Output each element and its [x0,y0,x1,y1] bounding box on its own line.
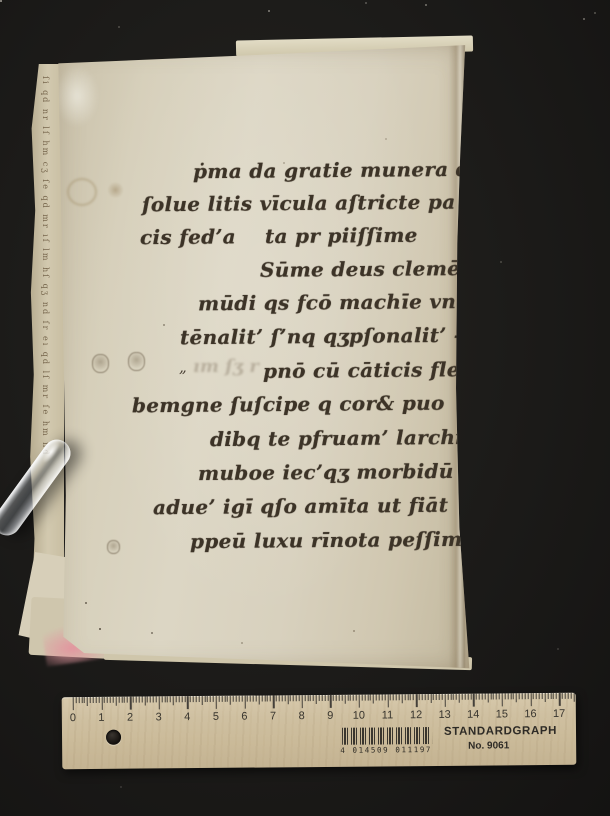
ruler-tick [499,693,500,699]
ruler-tick [373,695,374,704]
ruler-tick [296,695,297,701]
ruler-tick [227,696,228,702]
ruler-tick [530,693,532,706]
ruler-tick [422,694,423,700]
ruler-tick [219,696,220,702]
ruler-tick [327,695,328,701]
ruler-tick [573,693,574,702]
ruler-tick [239,696,240,702]
ruler-tick [138,697,139,703]
ruler-number: 16 [524,708,536,720]
ruler-tick [104,697,105,703]
ruler-tick [110,697,111,703]
ruler-tick [562,693,563,699]
ruler-tick [453,694,454,700]
ruler-tick [118,697,119,703]
ruler-tick [324,695,325,701]
ruler-tick [78,697,79,703]
ruler-tick [307,695,308,701]
ruler-tick [247,696,248,702]
ruler-tick [507,693,508,699]
ruler-tick [199,696,200,702]
barcode [342,727,432,745]
ruler-tick [336,695,337,701]
ruler-tick [407,694,408,700]
ruler-tick [304,695,305,701]
ruler-tick [93,697,94,703]
ruler-tick [310,695,311,701]
ruler-tick [470,694,471,700]
ruler-tick [161,696,162,702]
manuscript-line: ſolue litis vīcula aſtricte pa [142,190,456,217]
ruler-tick [533,693,534,699]
ruler-tick [267,695,268,701]
ruler-tick [273,695,275,708]
manuscript-page: ım ſʒ r „ ṗma da gratie munera diſſolue … [55,42,471,672]
ruler-model: No. 9061 [468,740,509,751]
ruler-number: 14 [467,709,479,721]
ruler-tick [81,697,82,703]
ruler-number: 3 [156,711,162,723]
manuscript-line: dibq te pfruamʼ larchig [210,425,478,451]
ruler-tick [522,693,523,699]
ruler-number: 2 [127,712,133,724]
ruler-tick [253,696,254,702]
ruler-tick [376,694,377,700]
ruler-tick [553,693,554,699]
ruler-tick [319,695,320,701]
ruler-tick [181,696,182,702]
ruler-tick [179,696,180,702]
ruler-tick [261,695,262,701]
ruler-tick [513,693,514,699]
ruler-tick [133,697,134,703]
ruler-tick [98,697,99,703]
ruler-number: 15 [496,708,508,720]
ruler-tick [241,696,242,702]
ruler-tick [416,694,418,707]
ruler-tick [350,695,351,701]
ruler-tick [150,696,151,702]
ruler-tick [482,694,483,700]
ruler-tick [382,694,383,700]
ruler-number: 4 [184,711,190,723]
ruler-tick [201,696,202,705]
ruler-tick [301,695,303,708]
ruler-tick [113,697,114,703]
ruler-tick [525,693,526,699]
ruler-tick [176,696,177,702]
ruler-number: 9 [327,710,333,722]
ruler-tick [136,697,137,703]
ruler-tick [550,693,551,699]
ruler-tick [404,694,405,700]
ruler-tick [127,697,128,703]
ruler-tick [147,696,148,702]
ruler-tick [485,694,486,700]
ruler-tick [444,694,446,707]
ruler-tick [207,696,208,702]
ruler-tick [545,693,546,702]
ruler-tick [467,694,468,700]
ruler-tick [436,694,437,700]
ruler-tick [101,697,103,710]
ruler-tick [156,696,157,702]
ruler-tick [290,695,291,701]
ruler-tick [565,693,566,699]
ruler-tick [527,693,528,699]
manuscript-line: bemgne ſuſcipe q cor& puo [132,391,445,418]
ruler-tick [519,693,520,699]
ruler-tick [276,695,277,701]
ruler-tick [430,694,431,703]
ruler-tick [293,695,294,701]
ruler-tick [362,695,363,701]
ruler-tick [413,694,414,700]
ruler-tick [450,694,451,700]
ruler-tick [299,695,300,701]
ruler-tick [87,697,88,706]
ruler-tick [442,694,443,700]
ruler-tick [353,695,354,701]
ruler-tick [210,696,211,702]
ruler-tick [427,694,428,700]
ruler-number: 5 [213,711,219,723]
ruler-tick [433,694,434,700]
ruler-tick [447,694,448,700]
ruler-tick [396,694,397,700]
ruler-tick [259,696,260,705]
ruler-tick [330,695,332,708]
ruler-tick [313,695,314,701]
ruler-tick [456,694,457,700]
ruler-tick [316,695,317,704]
ruler-tick [339,695,340,701]
ruler-tick [96,697,97,703]
ruler-tick [196,696,197,702]
ruler-tick [184,696,185,702]
ruler-tick [236,696,237,702]
ruler-tick [424,694,425,700]
ruler-tick [410,694,411,700]
ruler-tick [487,694,488,703]
ruler-tick [190,696,191,702]
ruler-tick [399,694,400,700]
dust-specks [0,0,2,2]
ruler-tick [464,694,465,700]
ruler-tick [473,694,475,707]
ruler-tick [344,695,345,704]
manuscript-line: cis fedʼa ta pr piiſſime [140,223,418,249]
ruler-tick [213,696,214,702]
ruler-tick [390,694,391,700]
ruler-tick [230,696,231,705]
ruler-tick [570,693,571,699]
ruler-tick [379,694,380,700]
ruler-number: 0 [70,712,76,724]
ruler-tick [233,696,234,702]
ruler-number: 17 [553,708,565,720]
ruler-tick [539,693,540,699]
ruler-tick [462,694,463,700]
barcode-digits: 4 014509 011197 [336,745,436,755]
manuscript-text-block: ṗma da gratie munera diſſolue litis vīcu… [55,42,471,672]
ruler-tick [567,693,568,699]
ruler-tick [279,695,280,701]
ruler: 01234567891011121314151617 4 014509 0111… [62,693,577,769]
ruler-tick [359,695,361,708]
ruler-number: 1 [98,712,104,724]
ruler-number: 10 [353,710,365,722]
ruler-brand: STANDARDGRAPH [444,725,557,738]
ruler-tick [224,696,225,702]
ruler-number: 8 [299,710,305,722]
fore-edge-script: ſi qd nr lſ hm cʒ ſe qd mr ıſ lm hſ qʒ n… [41,76,50,636]
ruler-tick [356,695,357,701]
manuscript-line: mūdi qs fcō machīe vnqʒ po [198,289,517,316]
ruler-tick [321,695,322,701]
ruler-tick [124,697,125,703]
ruler-tick [164,696,165,702]
ruler-number: 13 [438,709,450,721]
ruler-tick [73,697,75,710]
ruler-tick [84,697,85,703]
ruler-tick [364,695,365,701]
ruler-tick [536,693,537,699]
manuscript-line: pnō cū cāticis fletq [263,357,484,383]
ruler-tick [173,696,174,705]
ruler-tick [107,697,108,703]
ruler-tick [402,694,403,703]
ruler-tick [505,693,506,699]
ruler-tick [76,697,77,703]
ruler-tick [547,693,548,699]
ruler-number: 7 [270,710,276,722]
ruler-tick [90,697,91,703]
ruler-tick [510,693,511,699]
ruler-tick [342,695,343,701]
ruler-tick [493,693,494,699]
ruler-tick [144,697,145,706]
ruler-tick [479,694,480,700]
ruler-tick [281,695,282,701]
manuscript-line: muboe iecʼqʒ morbidū [198,459,454,485]
ruler-tick [284,695,285,701]
ruler-tick [193,696,194,702]
ruler-tick [393,694,394,700]
ruler-tick [121,697,122,703]
ruler-tick [439,694,440,700]
ruler-tick [270,695,271,701]
ruler-tick [141,697,142,703]
ink-specks [55,42,57,44]
ruler-tick [158,696,160,709]
ruler-tick [502,693,504,706]
ruler-tick [556,693,557,699]
ruler-number: 12 [410,709,422,721]
ruler-tick [476,694,477,700]
ruler-tick [216,696,218,709]
ruler-tick [459,694,460,703]
ruler-tick [256,696,257,702]
ruler-tick [387,694,389,707]
ruler-ticks [62,693,576,697]
ruler-tick [167,696,168,702]
ruler-tick [250,696,251,702]
ruler-tick [170,696,171,702]
manuscript-line: Sūme deus clemē [260,256,460,282]
ruler-number: 6 [241,711,247,723]
ruler-tick [559,693,561,706]
ruler-tick [516,693,517,702]
manuscript-line: tēnalitʼ ſʼnq qʒpſonalitʼ — [180,323,474,350]
ruler-tick [490,693,491,699]
ruler-tick [384,694,385,700]
ruler-tick [153,696,154,702]
ruler-tick [419,694,420,700]
ruler-tick [264,695,265,701]
ruler-tick [347,695,348,701]
ruler-tick [187,696,189,709]
ruler-tick [204,696,205,702]
manuscript-line: adueʼ igī qſo amīta ut fiāt [153,493,448,520]
ruler-tick [370,695,371,701]
ruler-tick [333,695,334,701]
manuscript-line: ṗma da gratie munera diſ [193,157,487,184]
ruler-tick [116,697,117,706]
manuscript-photo: ſi qd nr lſ hm cʒ ſe qd mr ıſ lm hſ qʒ n… [0,0,610,816]
ruler-tick [496,693,497,699]
ruler-tick [244,696,246,709]
ruler-tick [221,696,222,702]
ruler-tick [130,697,132,710]
ruler-hole [106,730,121,745]
ruler-tick [287,695,288,704]
ruler-tick [367,695,368,701]
ruler-tick [542,693,543,699]
manuscript-line: ppeū luxu rīnota peſſimo [190,527,476,553]
ruler-number: 11 [382,709,394,721]
